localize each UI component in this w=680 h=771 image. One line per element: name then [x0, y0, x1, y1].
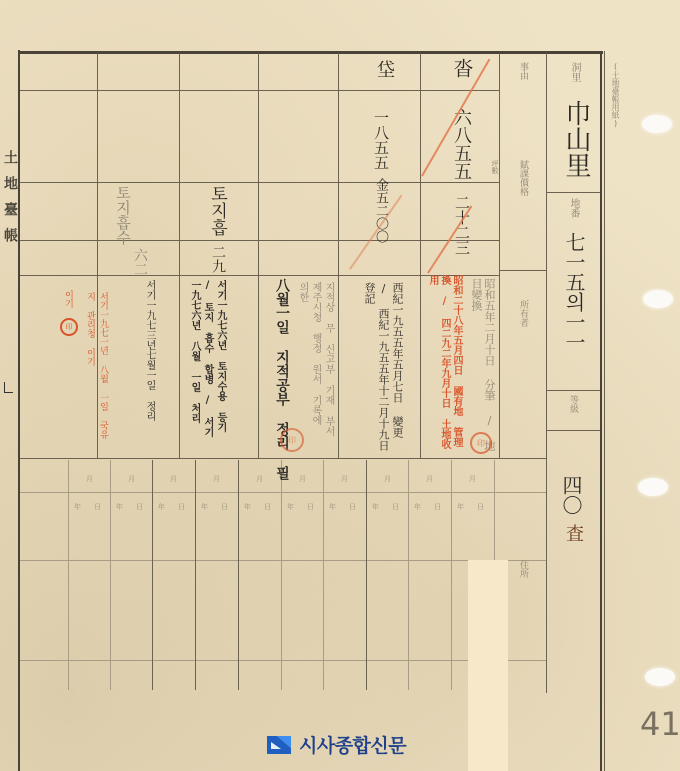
area-label: 坪數 [490, 160, 500, 174]
date-sub-label: 日 [392, 502, 399, 512]
col-line [420, 53, 421, 458]
col-line [258, 53, 259, 458]
lot-number-value: 七一五의一一 [560, 232, 589, 352]
punch-hole [643, 290, 673, 308]
date-sub-label: 日 [307, 502, 314, 512]
col3-seal: 印 [280, 428, 304, 452]
date-sub-label: 日 [264, 502, 271, 512]
district-label: 洞里 [567, 62, 582, 82]
date-col-line [323, 460, 324, 690]
date-col-line [408, 460, 409, 690]
date-sub-label: 年 [414, 502, 421, 512]
header-row-line [500, 270, 546, 271]
date-sub-label: 日 [221, 502, 228, 512]
date-sub-label: 年 [329, 502, 336, 512]
date-month-label: 月 [170, 474, 177, 484]
grade-value: 四〇 [557, 475, 586, 515]
date-sub-label: 年 [158, 502, 165, 512]
date-sub-label: 日 [136, 502, 143, 512]
col5-red-seal: 印 [60, 318, 78, 336]
col1-land-category: 沓 [448, 58, 477, 78]
date-sub-label: 日 [434, 502, 441, 512]
newspaper-logo-icon [265, 732, 295, 758]
watermark-text: 시사종합신문 [299, 731, 406, 758]
date-month-label: 月 [469, 474, 476, 484]
date-sub-label: 日 [94, 502, 101, 512]
lot-number-label: 地番 [566, 198, 581, 218]
header-row-line [546, 192, 600, 193]
col5-red-seal-label: 이기 [62, 290, 75, 308]
address-label: 住所 [517, 560, 530, 578]
owner-label: 所有者 [517, 300, 530, 327]
date-col-line [195, 460, 196, 690]
date-month-label: 月 [213, 474, 220, 484]
date-month-label: 月 [341, 474, 348, 484]
row-line [20, 182, 500, 183]
date-sub-label: 日 [477, 502, 484, 512]
page-number: 41 [640, 705, 680, 743]
row-line [20, 90, 500, 91]
col-line [499, 53, 500, 458]
date-col-line [451, 460, 452, 690]
date-sub-label: 日 [178, 502, 185, 512]
date-month-label: 月 [86, 474, 93, 484]
date-col-line [238, 460, 239, 690]
col5-red-annotation: 서기一九七一년 八월 一일 국유지 관리청 이기 [84, 292, 110, 442]
col-line [546, 53, 547, 693]
col1-seal: 印 [470, 432, 492, 454]
date-sub-label: 年 [372, 502, 379, 512]
date-row-line [20, 492, 546, 493]
date-month-label: 月 [384, 474, 391, 484]
right-border-inner [604, 51, 605, 771]
col5-area: 六二 [130, 248, 150, 276]
col2-reason: 西紀一九五五年五月七日 變更 / 西紀一九五五年十二月十九日 登記 [362, 282, 404, 452]
date-col-line [152, 460, 153, 690]
col4-land-category: 토지흡 [205, 185, 230, 236]
date-sub-label: 年 [74, 502, 81, 512]
date-month-label: 月 [426, 474, 433, 484]
col2-land-category: 垈 [371, 60, 397, 78]
date-col-line [68, 460, 69, 690]
date-sub-label: 年 [201, 502, 208, 512]
col1-area: 六八五五 [448, 108, 474, 180]
blank-patch [468, 560, 508, 771]
form-header: (土地臺帳用紙) [610, 62, 621, 128]
district-value: 巾山里 [558, 100, 595, 178]
side-title: 土地臺帳 [0, 150, 20, 254]
col1-reason: 昭和五年二月十日 分筆 / 地目變換 [470, 278, 496, 458]
date-month-label: 月 [299, 474, 306, 484]
col3-reason-sub: 지적상 무 신고부 기재 부서 제주시청 행정 원서 기록에 의한 [296, 282, 335, 442]
date-month-label: 月 [128, 474, 135, 484]
right-border [600, 51, 602, 771]
reason-label: 事由 [517, 62, 530, 80]
date-sub-label: 年 [457, 502, 464, 512]
col4-reason: 서기一九七六년 토지수용 등기 / 토지 흡수 합병 / 서기一九七六년 八월 … [188, 280, 227, 445]
date-col-line [110, 460, 111, 690]
col-line [338, 53, 339, 458]
cursor-mark-icon [4, 382, 13, 393]
punch-hole [638, 478, 668, 496]
col5-reason: 서기一九七三년七월一일 정리 [142, 280, 157, 430]
date-sub-label: 年 [116, 502, 123, 512]
date-col-line [366, 460, 367, 690]
date-sub-label: 年 [287, 502, 294, 512]
date-sub-label: 日 [349, 502, 356, 512]
date-sub-label: 年 [244, 502, 251, 512]
date-col-line [281, 460, 282, 690]
col2-area: 一八五五 [371, 110, 392, 170]
grade-seal: 査 [566, 520, 584, 546]
header-row-line [546, 390, 600, 391]
row-line [20, 240, 500, 241]
punch-hole [645, 668, 675, 686]
top-border [18, 51, 603, 54]
col1-tax-value: 二十二三 [452, 195, 473, 255]
tax-price-label: 賦課價格 [517, 160, 530, 196]
date-month-label: 月 [256, 474, 263, 484]
punch-hole [642, 115, 672, 133]
grade-label: 等級 [567, 395, 580, 413]
col4-area: 二九 [208, 245, 228, 273]
col-line [179, 53, 180, 458]
col5-land-category: 토지흡수 [113, 185, 134, 245]
header-row-line [546, 430, 600, 431]
col1-red-annotation: 昭和二十八年五月四日 國有地 管理換 / 四二九二年九月十日 土地收用 [426, 275, 462, 455]
watermark: 시사종합신문 [265, 731, 406, 758]
